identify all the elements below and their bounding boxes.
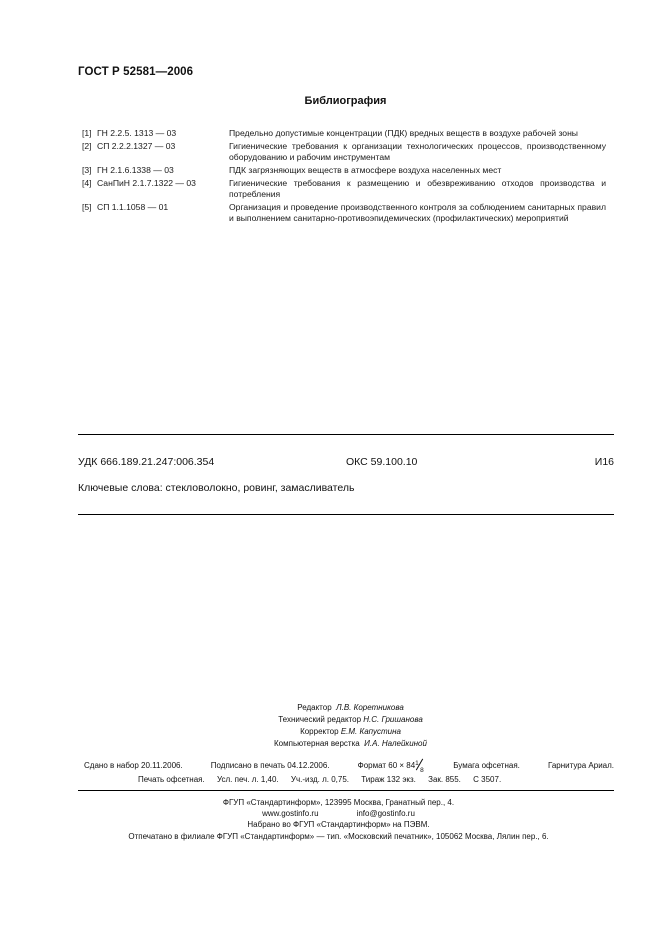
signed-date: Подписано в печать 04.12.2006.: [211, 759, 330, 773]
divider-bottom: [78, 514, 614, 515]
print-sheets: Усл. печ. л. 1,40.: [217, 775, 279, 784]
item-reference: СП 2.2.2.1327 — 03: [97, 141, 175, 151]
typeface: Гарнитура Ариал.: [548, 759, 614, 773]
keywords: Ключевые слова: стекловолокно, ровинг, з…: [78, 482, 354, 494]
editor-name: Л.В. Коретникова: [336, 703, 404, 712]
bibliography-list: [1]ГН 2.2.5. 1313 — 03 Предельно допусти…: [82, 128, 606, 226]
item-description: Гигиенические требования к организации т…: [229, 141, 606, 162]
item-number: [3]: [82, 165, 97, 176]
item-reference: СП 1.1.1058 — 01: [97, 202, 168, 212]
corrector-line: Корректор Е.М. Капустина: [40, 726, 661, 738]
order-number: Зак. 855.: [428, 775, 461, 784]
item-number: [5]: [82, 202, 97, 213]
item-description: Организация и проведение производственно…: [229, 202, 606, 223]
udk-code: УДК 666.189.21.247:006.354: [78, 456, 214, 468]
bibliography-item: [3]ГН 2.1.6.1338 — 03 ПДК загрязняющих в…: [82, 165, 606, 176]
editor-line: Редактор Л.В. Коретникова: [40, 702, 661, 714]
bibliography-item: [1]ГН 2.2.5. 1313 — 03 Предельно допусти…: [82, 128, 606, 139]
publisher-address: ФГУП «Стандартинформ», 123995 Москва, Гр…: [16, 797, 661, 808]
print-info-line-2: Печать офсетная. Усл. печ. л. 1,40. Уч.-…: [78, 773, 614, 787]
print-info: Сдано в набор 20.11.2006. Подписано в пе…: [78, 759, 614, 787]
item-number: [2]: [82, 141, 97, 152]
format: Формат 60 × 8418: [358, 759, 426, 773]
printed-note: Отпечатано в филиале ФГУП «Стандартинфор…: [16, 831, 661, 842]
classification-row: УДК 666.189.21.247:006.354 ОКС 59.100.10…: [78, 456, 614, 468]
email-link[interactable]: info@gostinfo.ru: [357, 809, 415, 818]
bibliography-item: [2]СП 2.2.2.1327 — 03 Гигиенические треб…: [82, 141, 606, 162]
item-description: Гигиенические требования к размещению и …: [229, 178, 606, 199]
tech-editor-line: Технический редактор Н.С. Гришанова: [40, 714, 661, 726]
item-reference: СанПиН 2.1.7.1322 — 03: [97, 178, 196, 188]
layout-line: Компьютерная верстка И.А. Налейкиной: [40, 738, 661, 750]
bibliography-item: [5]СП 1.1.1058 — 01 Организация и провед…: [82, 202, 606, 223]
item-number: [1]: [82, 128, 97, 139]
publisher-contacts: www.gostinfo.ruinfo@gostinfo.ru: [16, 808, 661, 819]
website-link[interactable]: www.gostinfo.ru: [262, 809, 318, 818]
corrector-name: Е.М. Капустина: [341, 727, 401, 736]
code: С 3507.: [473, 775, 501, 784]
print-info-line-1: Сдано в набор 20.11.2006. Подписано в пе…: [78, 759, 614, 773]
item-reference: ГН 2.2.5. 1313 — 03: [97, 128, 176, 138]
submitted-date: Сдано в набор 20.11.2006.: [84, 759, 183, 773]
credits-block: Редактор Л.В. Коретникова Технический ре…: [0, 702, 661, 750]
item-description: ПДК загрязняющих веществ в атмосфере воз…: [229, 165, 606, 176]
publisher-block: ФГУП «Стандартинформ», 123995 Москва, Гр…: [0, 797, 661, 842]
item-number: [4]: [82, 178, 97, 189]
paper: Бумага офсетная.: [453, 759, 520, 773]
typeset-note: Набрано во ФГУП «Стандартинформ» на ПЭВМ…: [16, 819, 661, 830]
pub-sheets: Уч.-изд. л. 0,75.: [291, 775, 349, 784]
print-run: Тираж 132 экз.: [361, 775, 416, 784]
fraction: 18: [415, 759, 425, 771]
group-code: И16: [595, 456, 614, 468]
item-description: Предельно допустимые концентрации (ПДК) …: [229, 128, 606, 139]
layout-name: И.А. Налейкиной: [364, 739, 427, 748]
item-reference: ГН 2.1.6.1338 — 03: [97, 165, 174, 175]
print-type: Печать офсетная.: [138, 775, 205, 784]
document-code: ГОСТ Р 52581—2006: [78, 66, 193, 78]
tech-editor-name: Н.С. Гришанова: [363, 715, 423, 724]
bibliography-item: [4]СанПиН 2.1.7.1322 — 03 Гигиенические …: [82, 178, 606, 199]
oks-code: ОКС 59.100.10: [346, 456, 417, 468]
divider-publisher: [78, 790, 614, 791]
divider-top: [78, 434, 614, 435]
bibliography-title: Библиография: [0, 95, 661, 107]
